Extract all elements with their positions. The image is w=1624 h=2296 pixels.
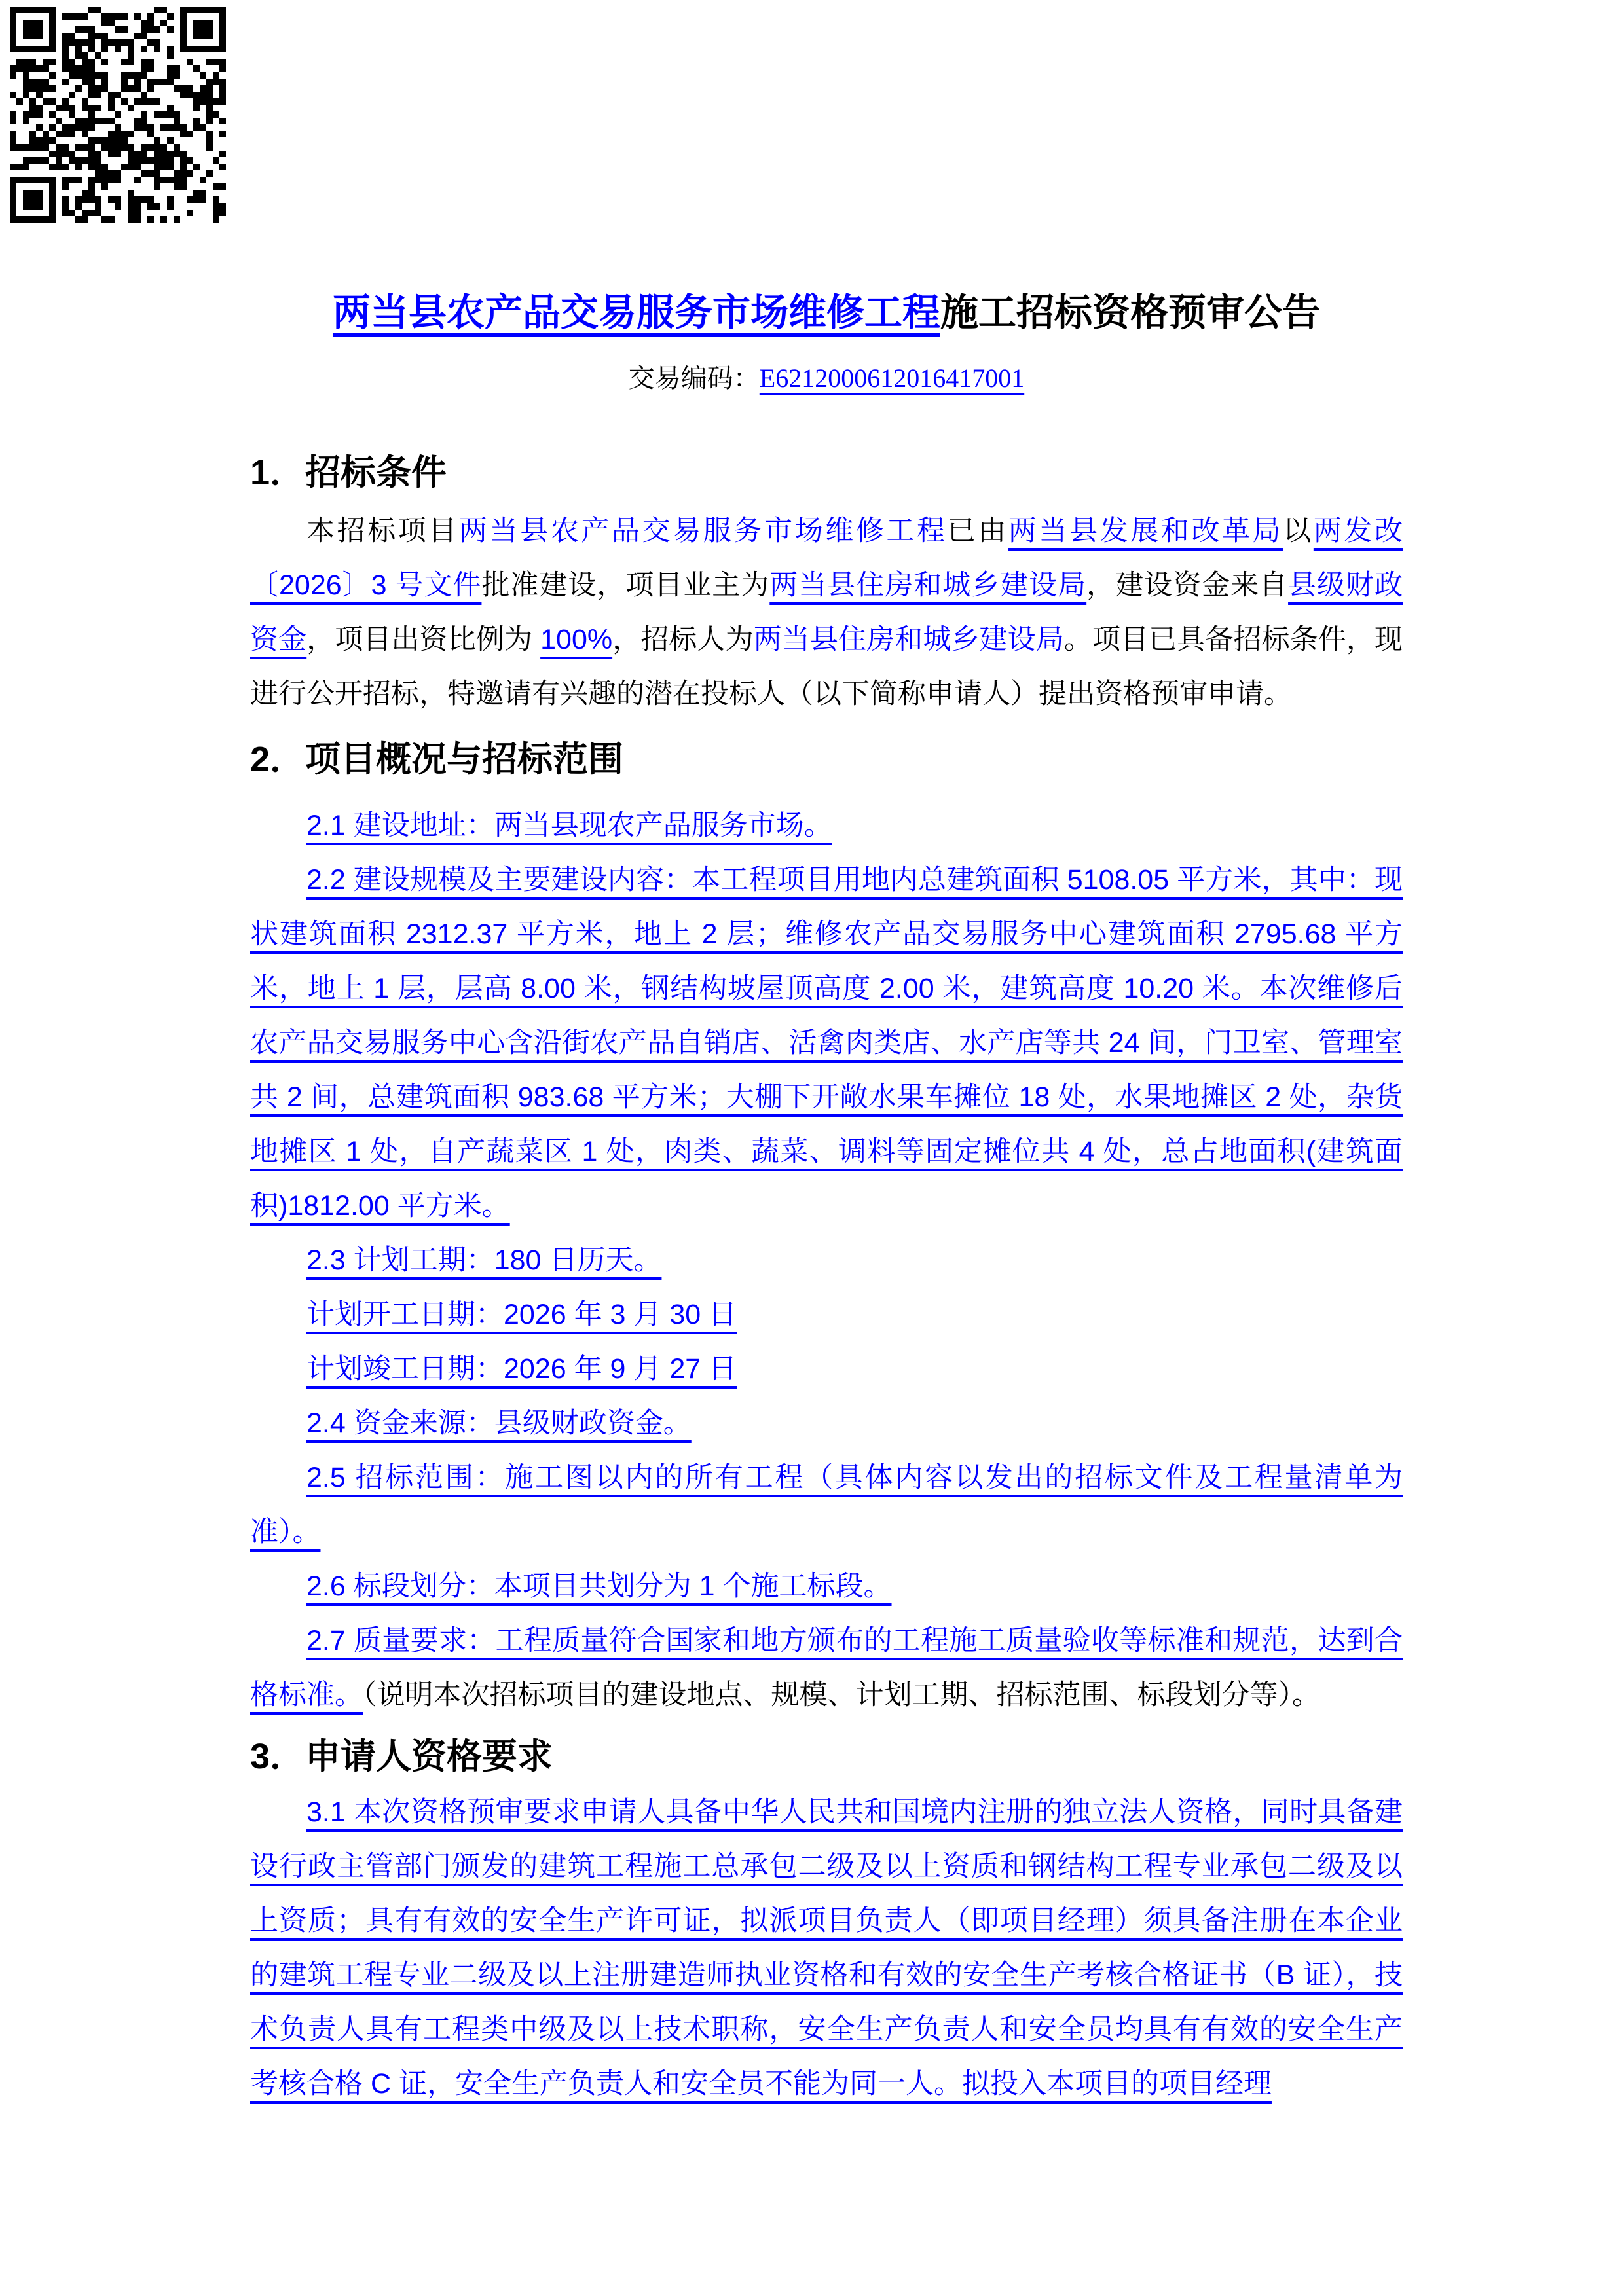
text-run: 已由 [948, 515, 1008, 547]
tenderee-name-text: 两当县住房和城乡建设局 [754, 624, 1064, 655]
item-3-1-text: 3.1 本次资格预审要求申请人具备中华人民共和国境内注册的独立法人资格，同时具备… [250, 1796, 1403, 2100]
item-2-7-note: （说明本次招标项目的建设地点、规模、计划工期、招标范围、标段划分等）。 [363, 1679, 1320, 1711]
transaction-code-label: 交易编码： [629, 364, 760, 393]
item-2-4-text: 2.4 资金来源：县级财政资金。 [306, 1408, 692, 1439]
item-2-3-finish-date: 计划竣工日期：2026 年 9 月 27 日 [250, 1342, 1403, 1396]
item-2-6-lots: 2.6 标段划分：本项目共划分为 1 个施工标段。 [250, 1559, 1403, 1614]
transaction-code-link[interactable]: E6212000612016417001 [760, 363, 1024, 393]
item-2-3-text: 2.3 计划工期：180 日历天。 [306, 1245, 661, 1276]
qr-code-icon [10, 7, 226, 223]
item-2-2-scale: 2.2 建设规模及主要建设内容：本工程项目用地内总建筑面积 5108.05 平方… [250, 853, 1403, 1233]
text-run: ，建设资金来自 [1086, 570, 1288, 601]
text-run: ，项目出资比例为 [306, 624, 540, 655]
project-name-text: 两当县农产品交易服务市场维修工程 [459, 515, 948, 547]
approval-authority-link: 两当县发展和改革局 [1008, 515, 1283, 547]
section3-heading: 3．申请人资格要求 [250, 1733, 1403, 1780]
item-2-2-text: 2.2 建设规模及主要建设内容：本工程项目用地内总建筑面积 5108.05 平方… [250, 864, 1403, 1222]
text-run: 本招标项目 [306, 515, 459, 547]
fund-ratio-link: 100% [540, 624, 612, 655]
item-2-7-quality: 2.7 质量要求：工程质量符合国家和地方颁布的工程施工质量验收等标准和规范，达到… [250, 1614, 1403, 1722]
document-body: 两当县农产品交易服务市场维修工程施工招标资格预审公告 交易编码：E6212000… [0, 0, 1624, 2111]
text-run: 批准建设，项目业主为 [481, 570, 769, 601]
transaction-code-line: 交易编码：E6212000612016417001 [250, 360, 1403, 397]
item-2-4-fund-source: 2.4 资金来源：县级财政资金。 [250, 1396, 1403, 1451]
item-2-1-text: 2.1 建设地址：两当县现农产品服务市场。 [306, 810, 832, 841]
item-2-3-start-date: 计划开工日期：2026 年 3 月 30 日 [250, 1288, 1403, 1342]
text-run: 以 [1283, 515, 1314, 547]
project-owner-link: 两当县住房和城乡建设局 [769, 570, 1086, 601]
section3-paragraph: 3.1 本次资格预审要求申请人具备中华人民共和国境内注册的独立法人资格，同时具备… [250, 1785, 1403, 2111]
item-2-6-text: 2.6 标段划分：本项目共划分为 1 个施工标段。 [306, 1571, 892, 1602]
title-announcement-text: 施工招标资格预审公告 [940, 291, 1320, 334]
document-page: 两当县农产品交易服务市场维修工程施工招标资格预审公告 交易编码：E6212000… [0, 0, 1624, 2296]
text-run: ，招标人为 [612, 624, 754, 655]
item-2-3-duration: 2.3 计划工期：180 日历天。 [250, 1233, 1403, 1288]
item-2-5-scope: 2.5 招标范围：施工图以内的所有工程（具体内容以发出的招标文件及工程量清单为准… [250, 1451, 1403, 1559]
title-project-name-link: 两当县农产品交易服务市场维修工程 [333, 291, 940, 334]
section1-heading: 1．招标条件 [250, 449, 1403, 496]
item-2-1-location: 2.1 建设地址：两当县现农产品服务市场。 [250, 799, 1403, 853]
page-title: 两当县农产品交易服务市场维修工程施工招标资格预审公告 [250, 288, 1403, 338]
section2-heading: 2．项目概况与招标范围 [250, 736, 1403, 783]
start-date-text: 计划开工日期：2026 年 3 月 30 日 [306, 1299, 737, 1330]
section1-paragraph: 本招标项目两当县农产品交易服务市场维修工程已由两当县发展和改革局以两发改〔202… [250, 504, 1403, 721]
finish-date-text: 计划竣工日期：2026 年 9 月 27 日 [306, 1353, 737, 1385]
item-2-5-text: 2.5 招标范围：施工图以内的所有工程（具体内容以发出的招标文件及工程量清单为准… [250, 1462, 1403, 1548]
